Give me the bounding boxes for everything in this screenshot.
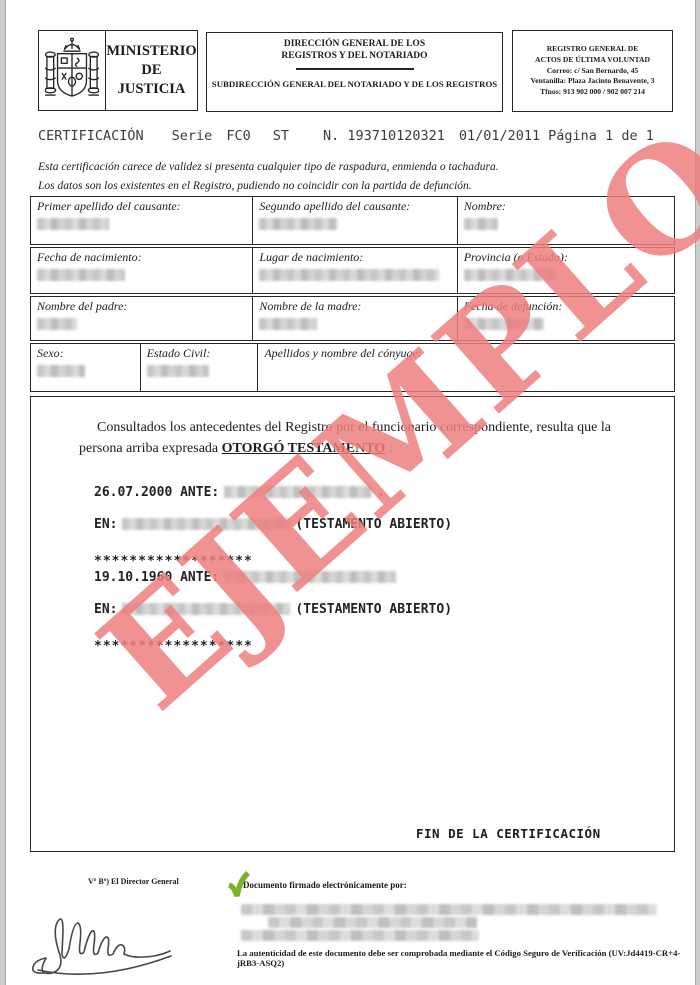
entry-period: .: [377, 485, 385, 500]
redacted-signer-block: [241, 904, 657, 943]
field-label: Apellidos y nombre del cónyuge:: [264, 346, 668, 361]
redacted-value: [37, 365, 85, 377]
entry-date-prefix: 26.07.2000 ANTE:: [94, 485, 219, 500]
direction-title-line2: REGISTROS Y DEL NOTARIADO: [207, 51, 502, 63]
registry-info-box: REGISTRO GENERAL DE ACTOS DE ÚLTIMA VOLU…: [512, 30, 673, 112]
redacted-value: [37, 318, 77, 330]
notice-line2: Los datos son los existentes en el Regis…: [38, 180, 499, 193]
direction-title-line1: DIRECCIÓN GENERAL DE LOS: [207, 39, 502, 51]
fin-certificacion-text: FIN DE LA CERTIFICACIÓN: [416, 826, 601, 841]
form-row-1: Primer apellido del causante: Segundo ap…: [30, 196, 675, 245]
field-primer-apellido: Primer apellido del causante:: [31, 197, 253, 244]
registry-line5: Tfnos: 913 902 000 / 902 007 214: [540, 87, 645, 98]
signature-scribble: [28, 896, 178, 985]
field-lugar-nacimiento: Lugar de nacimiento:: [253, 248, 457, 293]
divider-rule: [296, 68, 414, 70]
redacted-value: [464, 218, 498, 230]
ministry-name: MINISTERIO DE JUSTICIA: [106, 31, 197, 110]
field-label: Nombre:: [464, 199, 668, 214]
page-right-edge: [695, 0, 700, 985]
director-general-vb: Vº Bº) El Director General: [88, 877, 179, 886]
field-fecha-nacimiento: Fecha de nacimiento:: [31, 248, 253, 293]
redacted-value: [259, 218, 337, 230]
entry-date-prefix: 19.10.1960 ANTE:: [94, 570, 219, 585]
st-code: ST: [273, 128, 289, 144]
field-nombre-madre: Nombre de la madre:: [253, 297, 457, 340]
testament-type: (TESTAMENTO ABIERTO): [295, 602, 452, 617]
ministry-header-box: MINISTERIO DE JUSTICIA: [38, 30, 198, 111]
field-label: Nombre de la madre:: [259, 299, 450, 314]
field-sexo: Sexo:: [31, 344, 141, 391]
form-row-4: Sexo: Estado Civil: Apellidos y nombre d…: [30, 343, 675, 392]
subdirection-title: SUBDIRECCIÓN GENERAL DEL NOTARIADO Y DE …: [207, 79, 502, 89]
paragraph-colon: :: [389, 441, 393, 456]
field-label: Lugar de nacimiento:: [259, 250, 450, 265]
field-nombre: Nombre:: [458, 197, 674, 244]
certification-body-box: Consultados los antecedentes del Registr…: [30, 396, 675, 852]
testament-entries: 26.07.2000 ANTE:. EN:(TESTAMENTO ABIERTO…: [94, 485, 674, 654]
registry-line4: Ventanilla: Plaza Jacinto Benavente, 3: [531, 76, 655, 87]
field-label: Nombre del padre:: [37, 299, 246, 314]
redacted-value: [147, 365, 209, 377]
page-count: Página 1 de 1: [548, 128, 654, 144]
entry-en-label: EN:: [94, 602, 117, 617]
otorgo-testamento-text: OTORGÓ TESTAMENTO: [222, 441, 386, 456]
page-left-edge: [0, 0, 6, 985]
certification-label: CERTIFICACIÓN: [38, 128, 144, 144]
redacted-notary-name: [224, 571, 396, 583]
field-segundo-apellido: Segundo apellido del causante:: [253, 197, 457, 244]
field-label: Estado Civil:: [147, 346, 252, 361]
direction-general-box: DIRECCIÓN GENERAL DE LOS REGISTROS Y DEL…: [206, 32, 503, 112]
field-fecha-defuncion: Fecha de defunción:: [458, 297, 674, 340]
redacted-value: [464, 318, 544, 330]
certificate-number: N. 193710120321: [323, 128, 445, 144]
redacted-value: [241, 904, 657, 915]
serie-label: Serie: [172, 128, 213, 144]
validity-notices: Esta certificación carece de validez si …: [38, 161, 499, 199]
certification-reference-line: CERTIFICACIÓN Serie FC0 ST N. 1937101203…: [38, 128, 654, 144]
field-provincia: Provincia (o Estado):: [458, 248, 674, 293]
testament-entry-place: EN:(TESTAMENTO ABIERTO): [94, 602, 674, 617]
entry-separator: ******************: [94, 639, 674, 654]
serie-value: FC0: [226, 128, 250, 144]
redacted-value: [464, 269, 556, 281]
field-label: Sexo:: [37, 346, 134, 361]
redacted-value: [259, 269, 439, 281]
check-icon: [227, 871, 251, 904]
testament-entry-date: 19.10.1960 ANTE:: [94, 570, 674, 585]
testament-type: (TESTAMENTO ABIERTO): [295, 517, 452, 532]
field-estado-civil: Estado Civil:: [141, 344, 259, 391]
redacted-place: [122, 603, 290, 615]
redacted-value: [37, 218, 109, 230]
field-nombre-padre: Nombre del padre:: [31, 297, 253, 340]
ministry-line3: JUSTICIA: [118, 80, 186, 99]
certificate-page: MINISTERIO DE JUSTICIA DIRECCIÓN GENERAL…: [0, 0, 700, 985]
redacted-value: [268, 917, 477, 928]
field-label: Primer apellido del causante:: [37, 199, 246, 214]
testament-entry-date: 26.07.2000 ANTE:.: [94, 485, 674, 500]
registry-line2: ACTOS DE ÚLTIMA VOLUNTAD: [535, 55, 650, 66]
redacted-value: [259, 318, 317, 330]
registry-line1: REGISTRO GENERAL DE: [547, 44, 639, 55]
form-row-3: Nombre del padre: Nombre de la madre: Fe…: [30, 296, 675, 341]
registry-line3: Correo: c/ San Bernardo, 45: [547, 66, 639, 77]
testament-entry-place: EN:(TESTAMENTO ABIERTO): [94, 517, 674, 532]
certificate-date: 01/01/2011: [459, 128, 540, 144]
redacted-notary-name: [224, 486, 372, 498]
entry-separator: ******************: [94, 554, 674, 569]
ministry-line2: DE: [141, 61, 161, 80]
field-label: Provincia (o Estado):: [464, 250, 668, 265]
redacted-place: [122, 518, 290, 530]
field-label: Fecha de nacimiento:: [37, 250, 246, 265]
redacted-value: [37, 269, 125, 281]
field-label: Fecha de defunción:: [464, 299, 668, 314]
field-label: Segundo apellido del causante:: [259, 199, 450, 214]
form-row-2: Fecha de nacimiento: Lugar de nacimiento…: [30, 247, 675, 294]
coat-of-arms-icon: [39, 31, 106, 110]
certification-paragraph: Consultados los antecedentes del Registr…: [79, 417, 646, 459]
field-conyuge: Apellidos y nombre del cónyuge:: [258, 344, 674, 391]
signed-electronically-label: Documento firmado electrónicamente por:: [243, 880, 407, 890]
ministry-line1: MINISTERIO: [106, 42, 196, 61]
entry-en-label: EN:: [94, 517, 117, 532]
notice-line1: Esta certificación carece de validez si …: [38, 161, 499, 174]
redacted-value: [241, 930, 479, 941]
verification-code-text: La autenticidad de este documento debe s…: [237, 948, 689, 968]
